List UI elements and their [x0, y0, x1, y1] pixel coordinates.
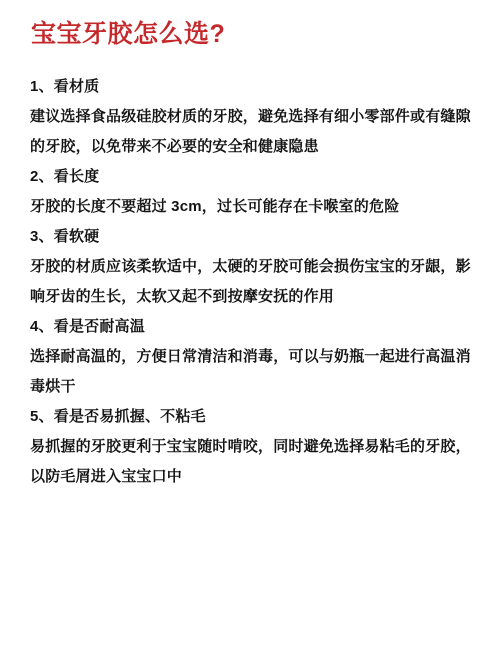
section-body: 牙胶的长度不要超过 3cm，过长可能存在卡喉室的危险 [30, 192, 471, 222]
section-heat-resistance: 4、看是否耐高温 选择耐高温的，方便日常清洁和消毒，可以与奶瓶一起进行高温消毒烘… [30, 312, 471, 402]
section-heading: 5、看是否易抓握、不粘毛 [30, 402, 471, 432]
section-body: 易抓握的牙胶更利于宝宝随时啃咬，同时避免选择易粘毛的牙胶，以防毛屑进入宝宝口中 [30, 432, 471, 492]
section-heading: 1、看材质 [30, 72, 471, 102]
section-hardness: 3、看软硬 牙胶的材质应该柔软适中，太硬的牙胶可能会损伤宝宝的牙龈，影响牙齿的生… [30, 222, 471, 312]
section-grip-lint: 5、看是否易抓握、不粘毛 易抓握的牙胶更利于宝宝随时啃咬，同时避免选择易粘毛的牙… [30, 402, 471, 492]
sections-list: 1、看材质 建议选择食品级硅胶材质的牙胶，避免选择有细小零部件或有缝隙的牙胶，以… [30, 72, 471, 492]
section-heading: 4、看是否耐高温 [30, 312, 471, 342]
section-heading: 2、看长度 [30, 162, 471, 192]
article-page: 宝宝牙胶怎么选? 1、看材质 建议选择食品级硅胶材质的牙胶，避免选择有细小零部件… [0, 0, 500, 653]
section-body: 选择耐高温的，方便日常清洁和消毒，可以与奶瓶一起进行高温消毒烘干 [30, 342, 471, 402]
section-body: 牙胶的材质应该柔软适中，太硬的牙胶可能会损伤宝宝的牙龈，影响牙齿的生长，太软又起… [30, 252, 471, 312]
section-heading: 3、看软硬 [30, 222, 471, 252]
section-body: 建议选择食品级硅胶材质的牙胶，避免选择有细小零部件或有缝隙的牙胶，以免带来不必要… [30, 102, 471, 162]
section-material: 1、看材质 建议选择食品级硅胶材质的牙胶，避免选择有细小零部件或有缝隙的牙胶，以… [30, 72, 471, 162]
page-title: 宝宝牙胶怎么选? [31, 18, 472, 50]
section-length: 2、看长度 牙胶的长度不要超过 3cm，过长可能存在卡喉室的危险 [30, 162, 471, 222]
